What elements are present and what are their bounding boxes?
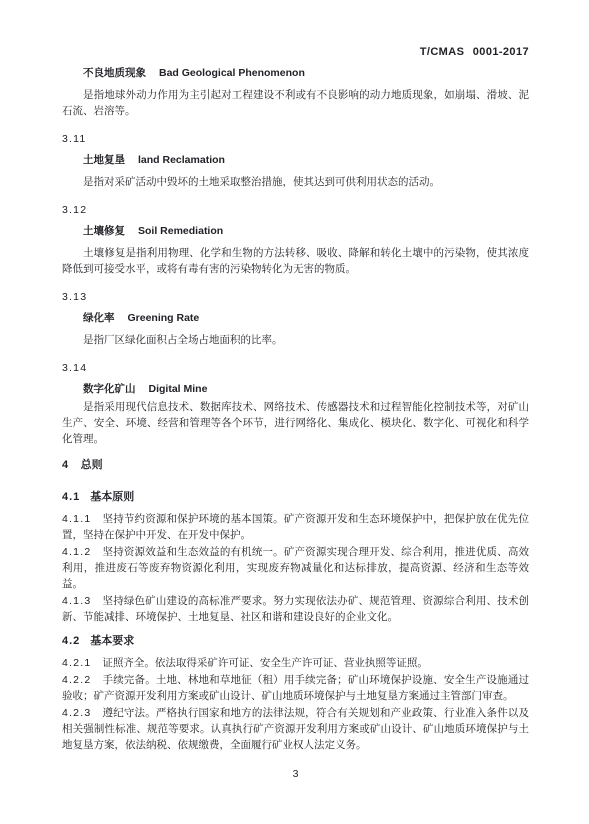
clause-text: 坚持节约资源和保护环境的基本国策。矿产资源开发和生态环境保护中，把保护放在优先位… — [62, 513, 529, 541]
subsection-heading: 4.2基本要求 — [62, 633, 529, 649]
term-line: 不良地质现象Bad Geological Phenomenon — [62, 65, 529, 81]
definition-item: 不良地质现象Bad Geological Phenomenon 是指地球外动力作… — [62, 65, 529, 119]
term-en: Soil Remediation — [138, 225, 223, 237]
term-line: 数字化矿山Digital Mine — [62, 381, 529, 397]
clause: 4.1.1坚持节约资源和保护环境的基本国策。矿产资源开发和生态环境保护中，把保护… — [62, 511, 529, 543]
term-zh: 不良地质现象 — [83, 67, 146, 79]
term-zh: 数字化矿山 — [83, 383, 136, 395]
chapter-heading: 4总则 — [62, 457, 529, 473]
clause-number: 4.1.3 — [62, 595, 91, 607]
clause-text: 坚持绿色矿山建设的高标准严要求。努力实现依法办矿、规范管理、资源综合利用、技术创… — [62, 595, 529, 623]
term-en: Digital Mine — [149, 383, 208, 395]
definition-body: 是指对采矿活动中毁坏的土地采取整治措施，使其达到可供利用状态的活动。 — [62, 174, 529, 190]
definition-number: 3.14 — [62, 360, 529, 376]
clause-number: 4.1.1 — [62, 513, 91, 525]
definition-number: 3.13 — [62, 289, 529, 305]
term-zh: 土壤修复 — [83, 225, 125, 237]
definition-number: 3.12 — [62, 202, 529, 218]
subsection-title: 基本原则 — [90, 491, 134, 503]
definition-body: 是指厂区绿化面积占全场占地面积的比率。 — [62, 332, 529, 348]
definition-item: 3.14 数字化矿山Digital Mine 是指采用现代信息技术、数据库技术、… — [62, 360, 529, 447]
definition-item: 3.12 土壤修复Soil Remediation 土壤修复是指利用物理、化学和… — [62, 202, 529, 277]
definition-item: 3.11 土地复垦land Reclamation 是指对采矿活动中毁坏的土地采… — [62, 131, 529, 190]
clause-number: 4.2.1 — [62, 657, 91, 669]
term-en: Greening Rate — [128, 312, 200, 324]
term-en: land Reclamation — [138, 154, 225, 166]
clause-text: 手续完备。土地、林地和草地征（租）用手续完备；矿山环境保护设施、安全生产设施通过… — [62, 674, 529, 702]
clause: 4.1.2坚持资源效益和生态效益的有机统一。矿产资源实现合理开发、综合利用，推进… — [62, 544, 529, 592]
term-zh: 土地复垦 — [83, 154, 125, 166]
clause-text: 证照齐全。依法取得采矿许可证、安全生产许可证、营业执照等证照。 — [102, 657, 428, 669]
clause: 4.2.2手续完备。土地、林地和草地征（租）用手续完备；矿山环境保护设施、安全生… — [62, 672, 529, 704]
definition-body: 是指地球外动力作用为主引起对工程建设不利或有不良影响的动力地质现象，如崩塌、滑坡… — [62, 87, 529, 119]
clause-text: 遵纪守法。严格执行国家和地方的法律法规，符合有关规划和产业政策、行业准入条件以及… — [62, 707, 529, 751]
clause: 4.2.1证照齐全。依法取得采矿许可证、安全生产许可证、营业执照等证照。 — [62, 655, 529, 671]
definition-body: 是指采用现代信息技术、数据库技术、网络技术、传感器技术和过程智能化控制技术等，对… — [62, 399, 529, 447]
term-line: 绿化率Greening Rate — [62, 310, 529, 326]
chapter-number: 4 — [62, 459, 69, 471]
document-page: T/CMAS 0001-2017 不良地质现象Bad Geological Ph… — [0, 0, 589, 824]
term-en: Bad Geological Phenomenon — [159, 67, 305, 79]
term-zh: 绿化率 — [83, 312, 115, 324]
clause-number: 4.1.2 — [62, 546, 91, 558]
subsection-heading: 4.1基本原则 — [62, 489, 529, 505]
subsection-number: 4.2 — [62, 635, 80, 647]
chapter-title: 总则 — [81, 459, 103, 471]
clause: 4.2.3遵纪守法。严格执行国家和地方的法律法规，符合有关规划和产业政策、行业准… — [62, 705, 529, 753]
clause-number: 4.2.2 — [62, 674, 91, 686]
subsection-title: 基本要求 — [90, 635, 134, 647]
clause-number: 4.2.3 — [62, 707, 91, 719]
term-line: 土壤修复Soil Remediation — [62, 223, 529, 239]
header-standard-code: T/CMAS 0001-2017 — [62, 44, 529, 60]
definition-body: 土壤修复是指利用物理、化学和生物的方法转移、吸收、降解和转化土壤中的污染物，使其… — [62, 245, 529, 277]
subsection-number: 4.1 — [62, 491, 80, 503]
definition-item: 3.13 绿化率Greening Rate 是指厂区绿化面积占全场占地面积的比率… — [62, 289, 529, 348]
clause: 4.1.3坚持绿色矿山建设的高标准严要求。努力实现依法办矿、规范管理、资源综合利… — [62, 593, 529, 625]
term-line: 土地复垦land Reclamation — [62, 152, 529, 168]
page-number: 3 — [62, 766, 529, 782]
definition-number: 3.11 — [62, 131, 529, 147]
clause-text: 坚持资源效益和生态效益的有机统一。矿产资源实现合理开发、综合利用，推进优质、高效… — [62, 546, 529, 590]
